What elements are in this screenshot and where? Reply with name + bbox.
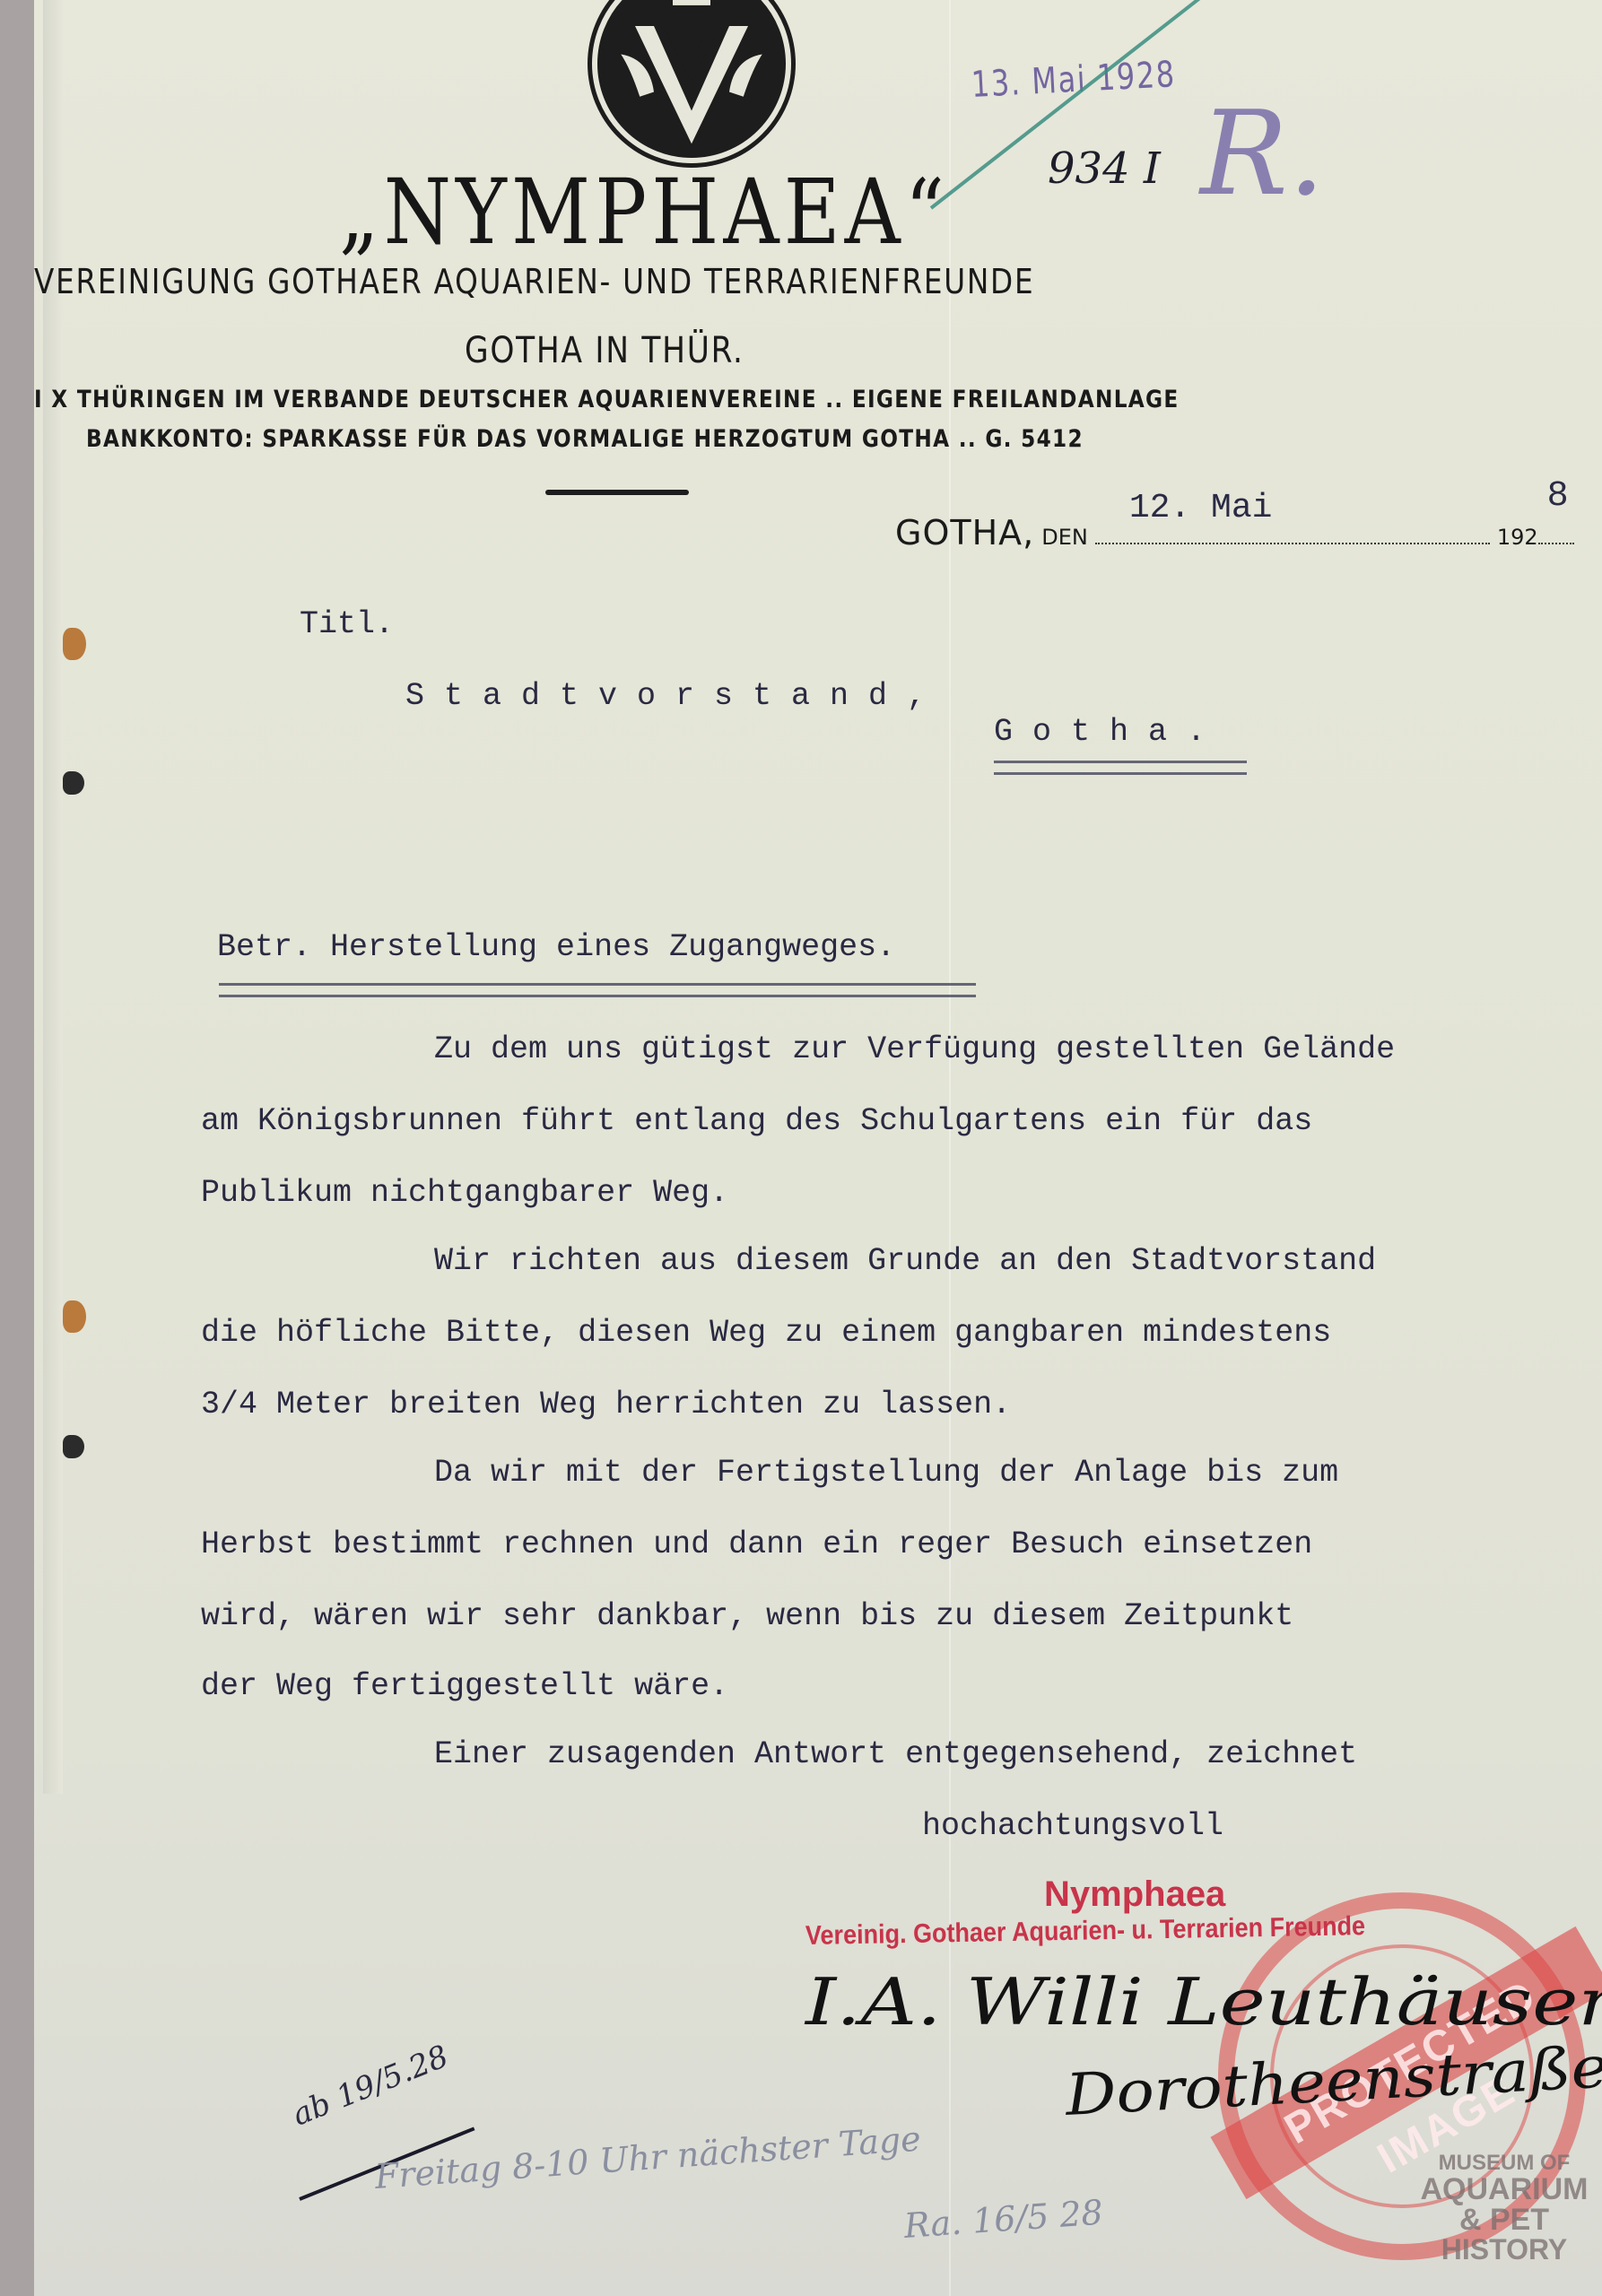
club-affiliation: I X THÜRINGEN IM VERBANDE DEUTSCHER AQUA… (34, 386, 1180, 413)
handwritten-note: Ra. 16/5 28 (902, 2193, 1104, 2246)
body-line: wird, wären wir sehr dankbar, wenn bis z… (201, 1598, 1293, 1634)
dateline-city: GOTHA, (895, 513, 1034, 552)
body-line: Herbst bestimmt rechnen und dann ein reg… (201, 1526, 1312, 1562)
club-title: „NYMPHAEA“ (339, 160, 949, 265)
bank-details: BANKKONTO: SPARKASSE FÜR DAS VORMALIGE H… (86, 425, 1084, 453)
subject-line: Betr. Herstellung eines Zugangweges. (217, 929, 895, 965)
body-line: am Königsbrunnen führt entlang des Schul… (201, 1103, 1312, 1139)
body-line: Zu dem uns gütigst zur Verfügung gestell… (434, 1031, 1395, 1067)
double-underline (994, 761, 1247, 775)
year-prefix: 192 (1497, 525, 1538, 550)
body-line: Publikum nichtgangbarer Weg. (201, 1175, 728, 1211)
salutation: Titl. (300, 606, 394, 642)
letter-page: „NYMPHAEA“ VEREINIGUNG GOTHAER AQUARIEN-… (34, 0, 1602, 2296)
club-logo-icon (592, 0, 791, 163)
club-location: GOTHA IN THÜR. (465, 330, 744, 371)
punch-hole (63, 1300, 86, 1333)
body-line: Einer zusagenden Antwort entgegensehend,… (434, 1736, 1357, 1772)
museum-line: AQUARIUM & PET (1406, 2174, 1602, 2235)
body-line: Wir richten aus diesem Grunde an den Sta… (434, 1243, 1376, 1279)
body-line: 3/4 Meter breiten Weg herrichten zu lass… (201, 1387, 1011, 1422)
body-line: die höfliche Bitte, diesen Weg zu einem … (201, 1315, 1331, 1351)
recipient-name: Stadtvorstand, (405, 678, 945, 714)
paper-fold (949, 0, 951, 2296)
punch-hole (63, 1435, 84, 1458)
handwritten-note: Freitag 8-10 Uhr nächster Tage (373, 2119, 922, 2196)
handwritten-note: ab 19/5.28 (288, 2039, 454, 2134)
reference-number: 934 I (1048, 143, 1161, 194)
recipient-city: Gotha. (994, 714, 1225, 750)
closing: hochachtungsvoll (922, 1808, 1223, 1844)
dateline: GOTHA,DEN12. Mai1928 (895, 513, 1574, 552)
museum-logo: MUSEUM OF AQUARIUM & PET HISTORY (1406, 2152, 1602, 2264)
signature: I.A. Willi Leuthäuser. (805, 1964, 1602, 2039)
date-value: 12. Mai (1129, 489, 1273, 527)
date-field: 12. Mai (1095, 516, 1490, 544)
club-subtitle: VEREINIGUNG GOTHAER AQUARIEN- UND TERRAR… (34, 262, 1034, 301)
dateline-den: DEN (1041, 525, 1088, 550)
body-line: der Weg fertiggestellt wäre. (201, 1668, 728, 1704)
stamp-name: Nymphaea (1044, 1874, 1225, 1915)
reference-initial: R. (1200, 85, 1325, 222)
museum-line: MUSEUM OF (1406, 2152, 1602, 2174)
header-divider (545, 490, 689, 495)
punch-hole (63, 628, 86, 660)
year-field: 8 (1538, 516, 1574, 544)
subject-underline (219, 983, 976, 997)
museum-line: HISTORY (1406, 2235, 1602, 2264)
punch-hole (63, 771, 84, 795)
body-line: Da wir mit der Fertigstellung der Anlage… (434, 1455, 1338, 1491)
year-suffix: 8 (1547, 476, 1569, 517)
